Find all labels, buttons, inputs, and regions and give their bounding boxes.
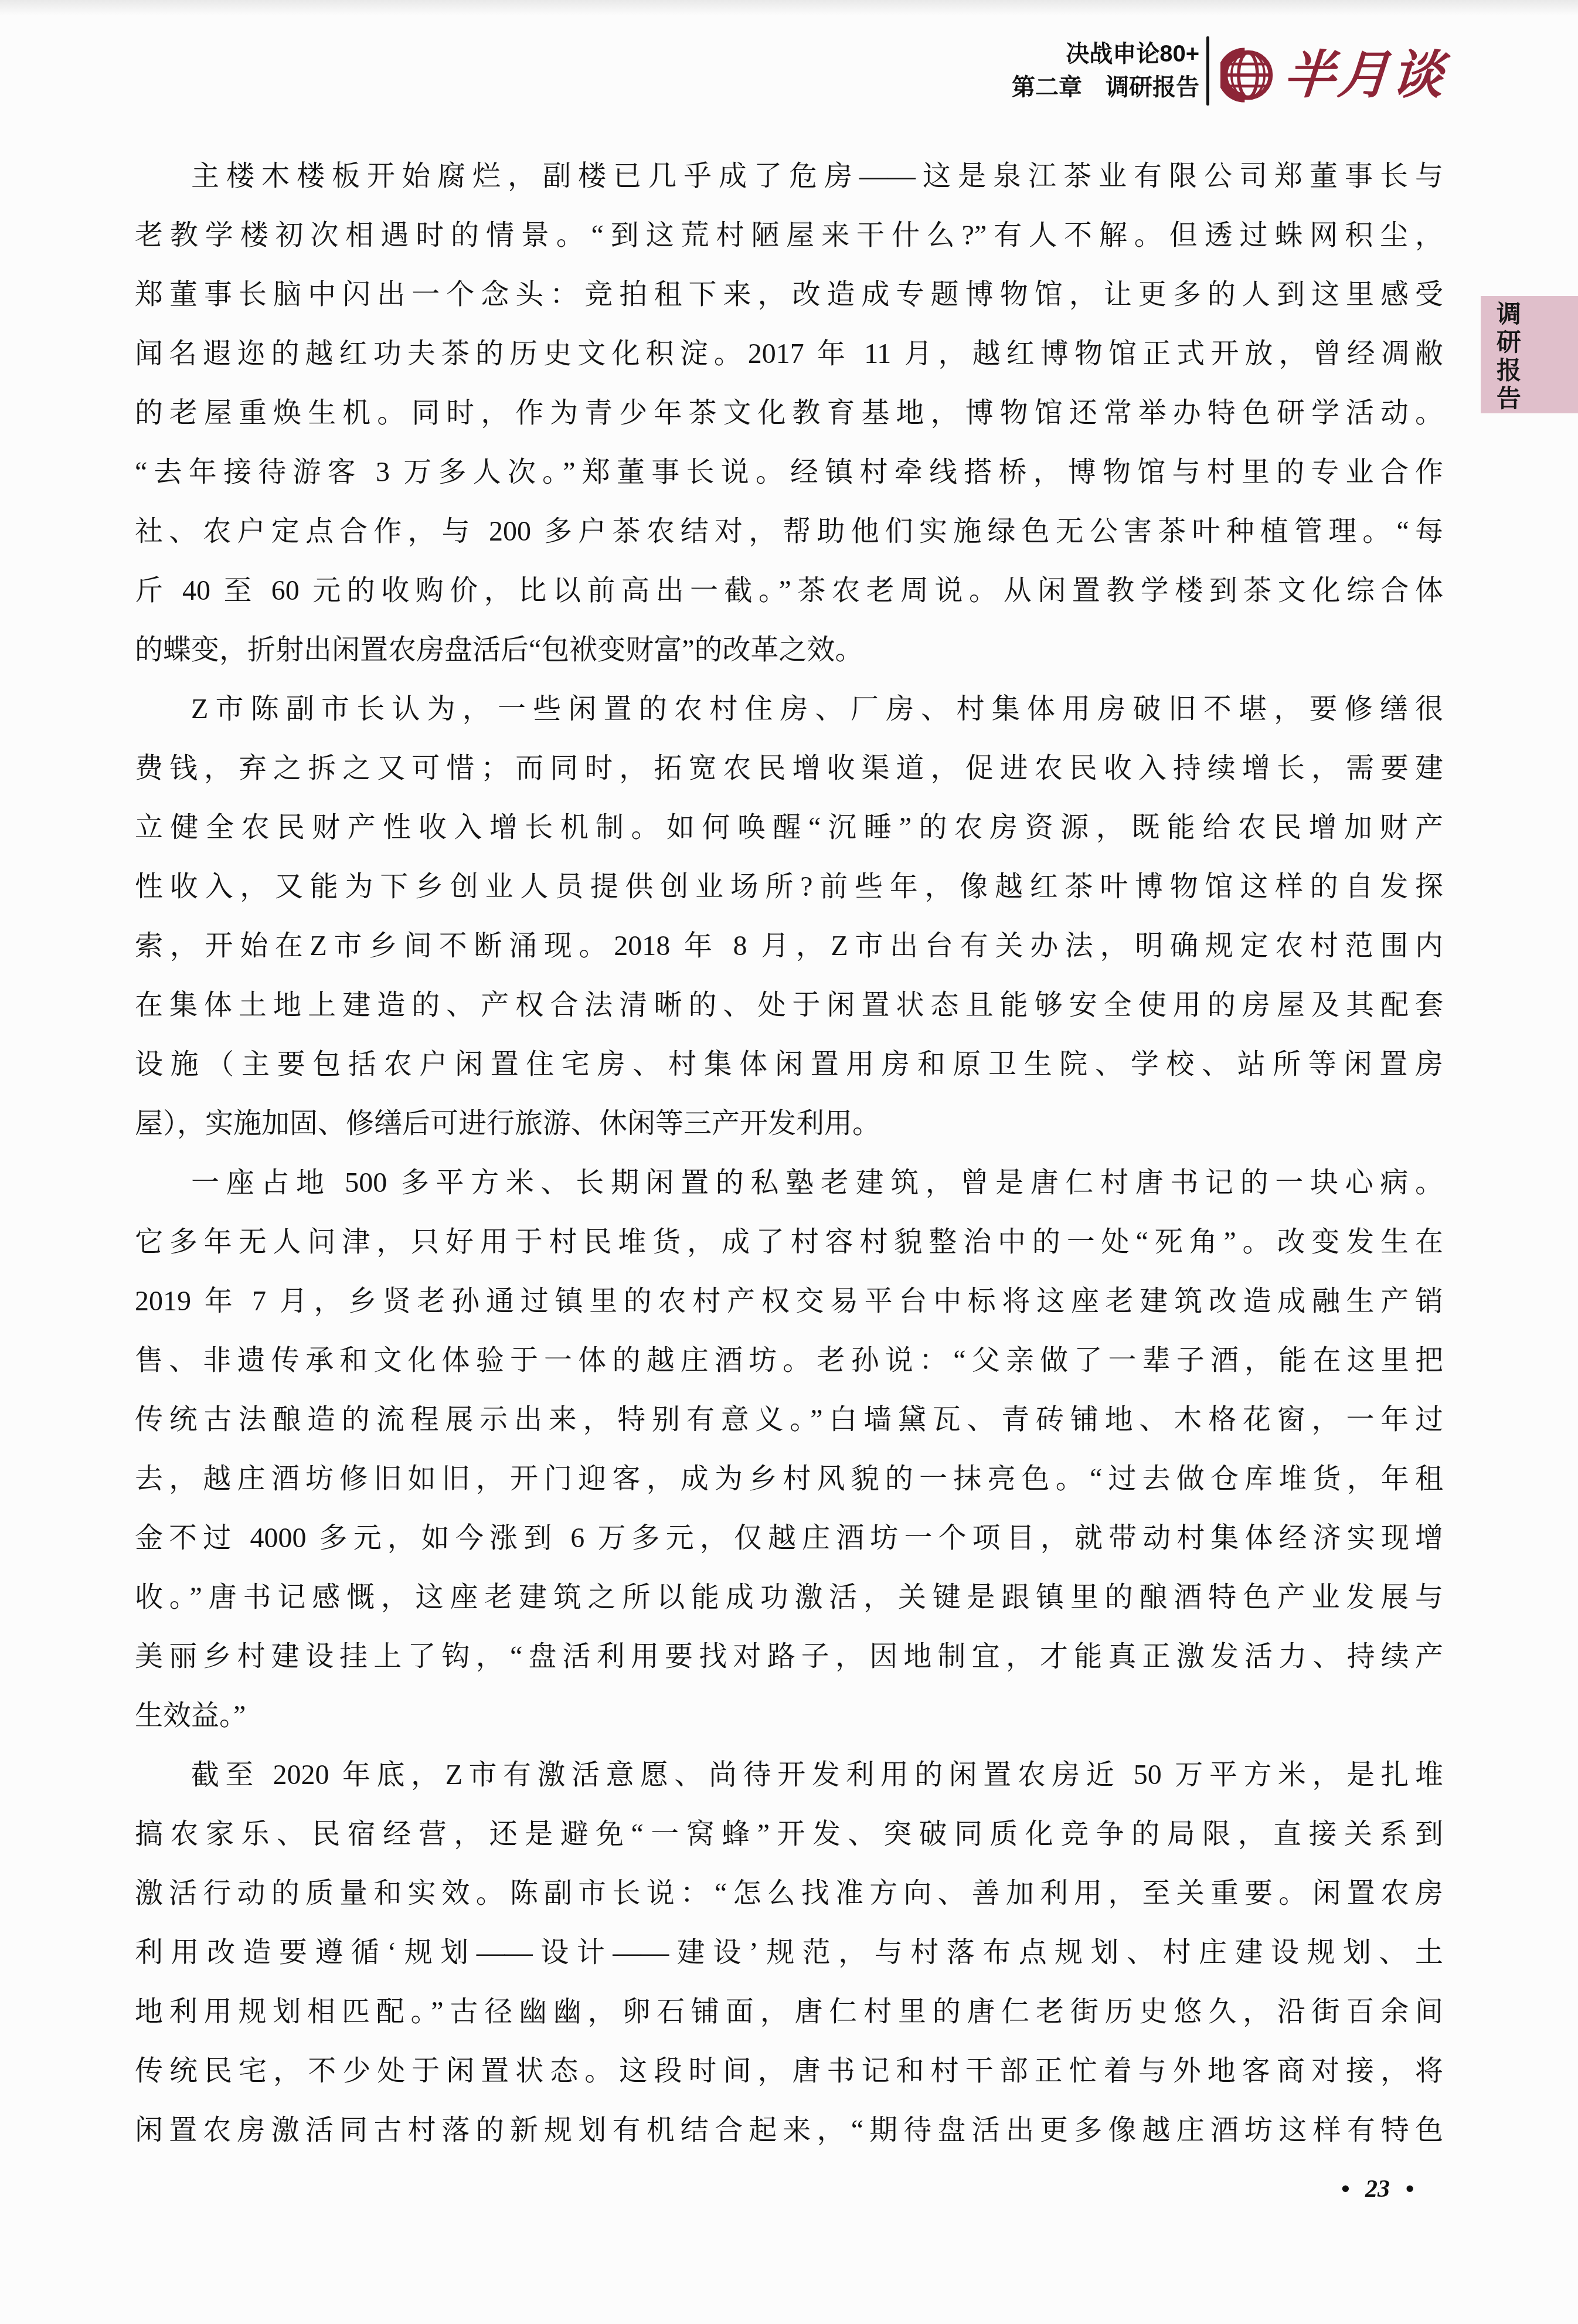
side-tab-research-report: 调研报告 bbox=[1481, 296, 1578, 413]
header-chapter: 第二章 调研报告 bbox=[730, 71, 1199, 104]
body-line: 郑董事长脑中闪出一个念头：竞拍租下来，改造成专题博物馆，让更多的人到这里感受 bbox=[135, 265, 1443, 324]
body-line: 美丽乡村建设挂上了钩，“盘活利用要找对路子，因地制宜，才能真正激发活力、持续产 bbox=[135, 1627, 1443, 1686]
body-line: 闻名遐迩的越红功夫茶的历史文化积淀。2017 年 11 月，越红博物馆正式开放，… bbox=[135, 324, 1443, 383]
scan-top-shadow bbox=[0, 0, 1578, 15]
body-line: 在集体土地上建造的、产权合法清晰的、处于闲置状态且能够安全使用的房屋及其配套 bbox=[135, 976, 1443, 1035]
body-line: 费钱，弃之拆之又可惜；而同时，拓宽农民增收渠道，促进农民收入持续增长，需要建 bbox=[135, 739, 1443, 798]
body-line: 利用改造要遵循‘规划——设计——建设’规范，与村落布点规划、村庄建设规划、土 bbox=[135, 1923, 1443, 1982]
body-line: 索，开始在Z市乡间不断涌现。2018 年 8 月，Z市出台有关办法，明确规定农村… bbox=[135, 916, 1443, 976]
paragraph: 主楼木楼板开始腐烂，副楼已几乎成了危房——这是泉江茶业有限公司郑董事长与老教学楼… bbox=[135, 147, 1443, 679]
brand-logo: 半月谈 bbox=[1220, 45, 1446, 106]
side-tab-label: 调研报告 bbox=[1495, 301, 1519, 413]
body-line: 去，越庄酒坊修旧如旧，开门迎客，成为乡村风貌的一抹亮色。“过去做仓库堆货，年租 bbox=[135, 1449, 1443, 1508]
header-book-title: 决战申论80+ bbox=[730, 38, 1199, 71]
body-line: 性收入，又能为下乡创业人员提供创业场所?前些年，像越红茶叶博物馆这样的自发探 bbox=[135, 857, 1443, 916]
paragraph: 一座占地 500 多平方米、长期闲置的私塾老建筑，曾是唐仁村唐书记的一块心病。它… bbox=[135, 1153, 1443, 1745]
page: 决战申论80+ 第二章 调研报告 半月谈 调研报告 主楼木楼板开始腐烂，副楼已几… bbox=[0, 0, 1578, 2324]
body-line: 一座占地 500 多平方米、长期闲置的私塾老建筑，曾是唐仁村唐书记的一块心病。 bbox=[135, 1153, 1443, 1212]
body-line: 2019 年 7 月，乡贤老孙通过镇里的农村产权交易平台中标将这座老建筑改造成融… bbox=[135, 1272, 1443, 1331]
body-line: 老教学楼初次相遇时的情景。“到这荒村陋屋来干什么?”有人不解。但透过蛛网积尘， bbox=[135, 206, 1443, 265]
body-line: Z市陈副市长认为，一些闲置的农村住房、厂房、村集体用房破旧不堪，要修缮很 bbox=[135, 679, 1443, 739]
body-line: 闲置农房激活同古村落的新规划有机结合起来，“期待盘活出更多像越庄酒坊这样有特色 bbox=[135, 2101, 1443, 2160]
body-line: 生效益。” bbox=[135, 1686, 1443, 1745]
body-line: 传统民宅，不少处于闲置状态。这段时间，唐书记和村干部正忙着与外地客商对接，将 bbox=[135, 2041, 1443, 2101]
body-line: 斤 40 至 60 元的收购价，比以前高出一截。”茶农老周说。从闲置教学楼到茶文… bbox=[135, 561, 1443, 620]
body-line: 截至 2020 年底，Z市有激活意愿、尚待开发利用的闲置农房近 50 万平方米，… bbox=[135, 1745, 1443, 1805]
body-line: 售、非遗传承和文化体验于一体的越庄酒坊。老孙说：“父亲做了一辈子酒，能在这里把 bbox=[135, 1331, 1443, 1390]
paragraph: 截至 2020 年底，Z市有激活意愿、尚待开发利用的闲置农房近 50 万平方米，… bbox=[135, 1745, 1443, 2160]
body-line: 金不过 4000 多元，如今涨到 6 万多元，仅越庄酒坊一个项目，就带动村集体经… bbox=[135, 1508, 1443, 1568]
brand-name: 半月谈 bbox=[1282, 49, 1447, 101]
body-line: 立健全农民财产性收入增长机制。如何唤醒“沉睡”的农房资源，既能给农民增加财产 bbox=[135, 798, 1443, 857]
page-number: • 23 • bbox=[1295, 2175, 1460, 2203]
body-line: 搞农家乐、民宿经营，还是避免“一窝蜂”开发、突破同质化竞争的局限，直接关系到 bbox=[135, 1805, 1443, 1864]
header-divider bbox=[1206, 36, 1209, 106]
body-line: 激活行动的质量和实效。陈副市长说：“怎么找准方向、善加利用，至关重要。闲置农房 bbox=[135, 1864, 1443, 1923]
paragraph: Z市陈副市长认为，一些闲置的农村住房、厂房、村集体用房破旧不堪，要修缮很费钱，弃… bbox=[135, 679, 1443, 1153]
body-line: 传统古法酿造的流程展示出来，特别有意义。”白墙黛瓦、青砖铺地、木格花窗，一年过 bbox=[135, 1390, 1443, 1449]
body-line: 收。”唐书记感慨，这座老建筑之所以能成功激活，关键是跟镇里的酿酒特色产业发展与 bbox=[135, 1568, 1443, 1627]
page-header-meta: 决战申论80+ 第二章 调研报告 bbox=[730, 38, 1199, 104]
body-line: 地利用规划相匹配。”古径幽幽，卵石铺面，唐仁村里的唐仁老街历史悠久，沿街百余间 bbox=[135, 1982, 1443, 2041]
globe-icon bbox=[1220, 47, 1276, 103]
body-line: 的蝶变，折射出闲置农房盘活后“包袱变财富”的改革之效。 bbox=[135, 620, 1443, 679]
body-line: 的老屋重焕生机。同时，作为青少年茶文化教育基地，博物馆还常举办特色研学活动。 bbox=[135, 383, 1443, 443]
body-line: 设施（主要包括农户闲置住宅房、村集体闲置用房和原卫生院、学校、站所等闲置房 bbox=[135, 1035, 1443, 1094]
body-line: 屋），实施加固、修缮后可进行旅游、休闲等三产开发利用。 bbox=[135, 1094, 1443, 1153]
body-text: 主楼木楼板开始腐烂，副楼已几乎成了危房——这是泉江茶业有限公司郑董事长与老教学楼… bbox=[135, 147, 1443, 2160]
body-line: 主楼木楼板开始腐烂，副楼已几乎成了危房——这是泉江茶业有限公司郑董事长与 bbox=[135, 147, 1443, 206]
body-line: “去年接待游客 3 万多人次。”郑董事长说。经镇村牵线搭桥，博物馆与村里的专业合… bbox=[135, 443, 1443, 502]
body-line: 它多年无人问津，只好用于村民堆货，成了村容村貌整治中的一处“死角”。改变发生在 bbox=[135, 1212, 1443, 1272]
body-line: 社、农户定点合作，与 200 多户茶农结对，帮助他们实施绿色无公害茶叶种植管理。… bbox=[135, 502, 1443, 561]
